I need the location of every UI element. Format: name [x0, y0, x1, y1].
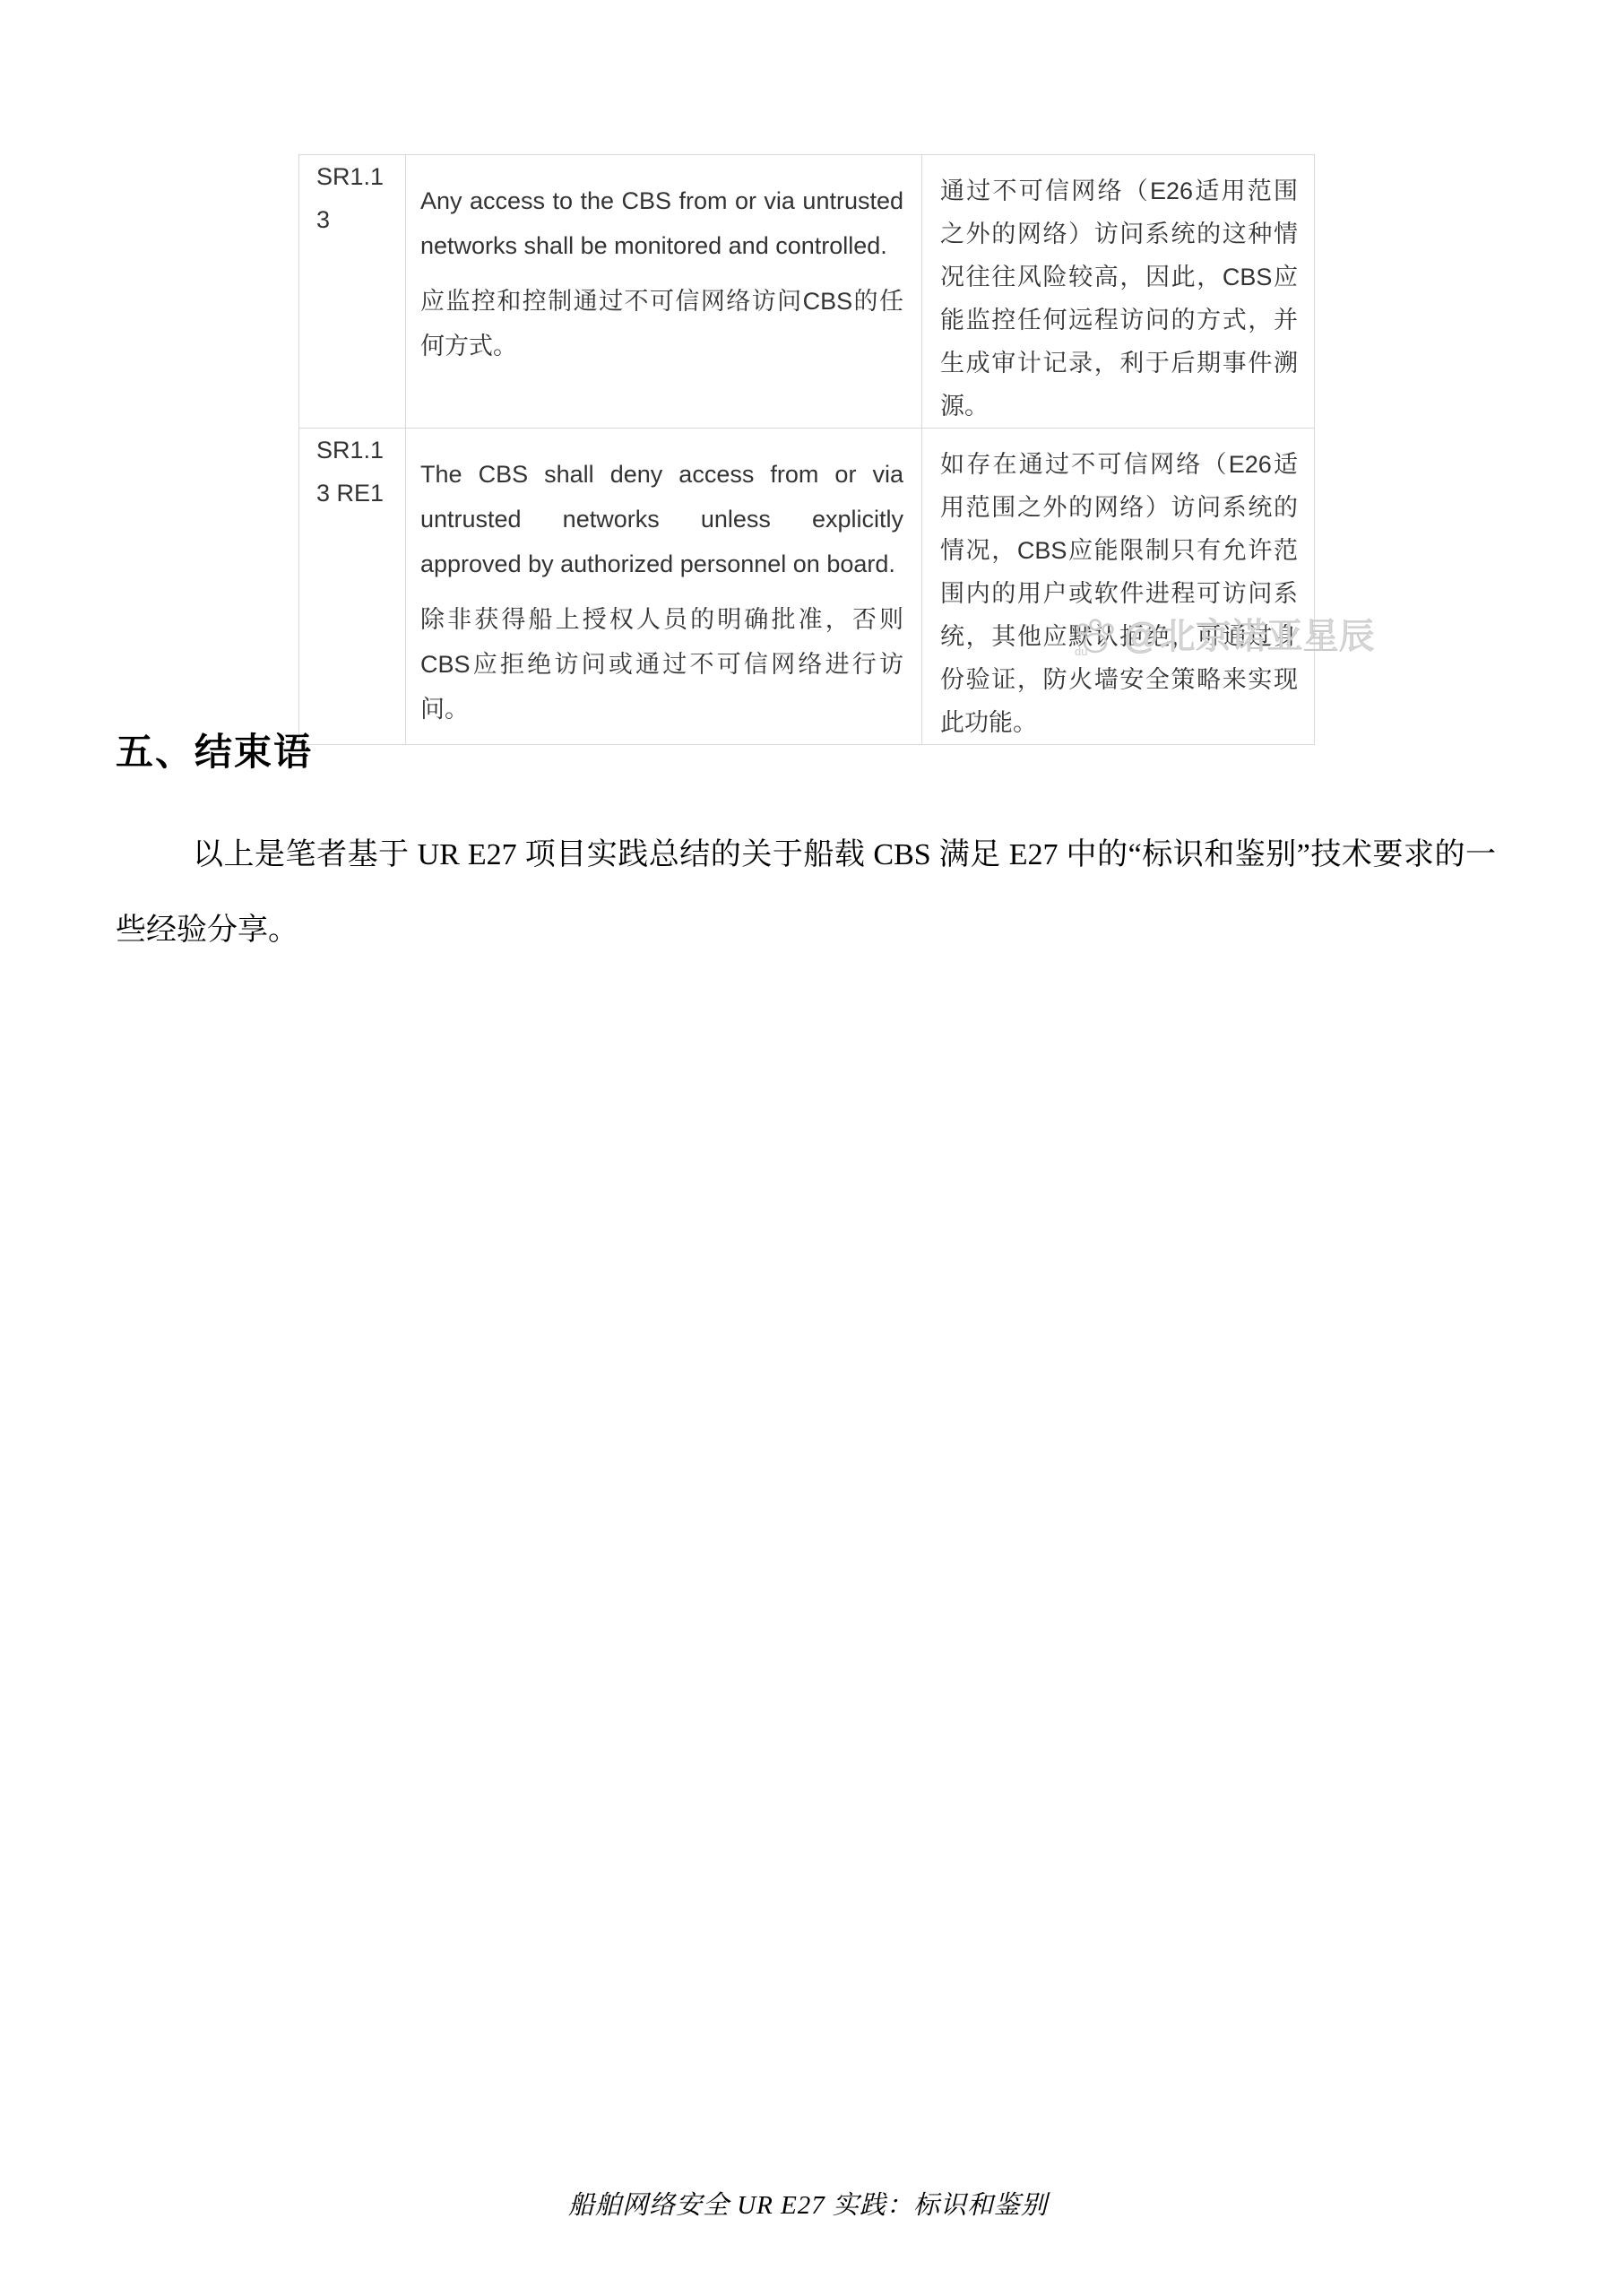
requirement-text-zh: 应监控和控制通过不可信网络访问CBS的任何方式。 — [420, 279, 903, 368]
requirements-table: SR1.13 Any access to the CBS from or via… — [298, 154, 1315, 745]
body-paragraph: 以上是笔者基于 UR E27 项目实践总结的关于船载 CBS 满足 E27 中的… — [116, 818, 1496, 968]
requirement-text-cell: The CBS shall deny access from or via un… — [406, 429, 922, 745]
requirement-note-zh: 通过不可信网络（E26适用范围之外的网络）访问系统的这种情况往往风险较高，因此，… — [940, 169, 1298, 428]
requirement-text-en: Any access to the CBS from or via untrus… — [420, 178, 903, 268]
requirement-text-en: The CBS shall deny access from or via un… — [420, 452, 903, 586]
requirement-note-cell: 如存在通过不可信网络（E26适用范围之外的网络）访问系统的情况，CBS应能限制只… — [922, 429, 1315, 745]
requirement-text-cell: Any access to the CBS from or via untrus… — [406, 155, 922, 429]
document-page: SR1.13 Any access to the CBS from or via… — [0, 0, 1616, 2296]
table-row: SR1.13 Any access to the CBS from or via… — [299, 155, 1315, 429]
requirement-id: SR1.13 RE1 — [299, 429, 406, 745]
requirement-id: SR1.13 — [299, 155, 406, 429]
requirement-note-zh: 如存在通过不可信网络（E26适用范围之外的网络）访问系统的情况，CBS应能限制只… — [940, 443, 1298, 744]
section-heading: 五、结束语 — [116, 730, 313, 776]
requirement-text-zh: 除非获得船上授权人员的明确批准，否则CBS应拒绝访问或通过不可信网络进行访问。 — [420, 597, 903, 732]
requirement-note-cell: 通过不可信网络（E26适用范围之外的网络）访问系统的这种情况往往风险较高，因此，… — [922, 155, 1315, 429]
table-row: SR1.13 RE1 The CBS shall deny access fro… — [299, 429, 1315, 745]
page-footer: 船舶网络安全 UR E27 实践：标识和鉴别 — [0, 2189, 1616, 2222]
